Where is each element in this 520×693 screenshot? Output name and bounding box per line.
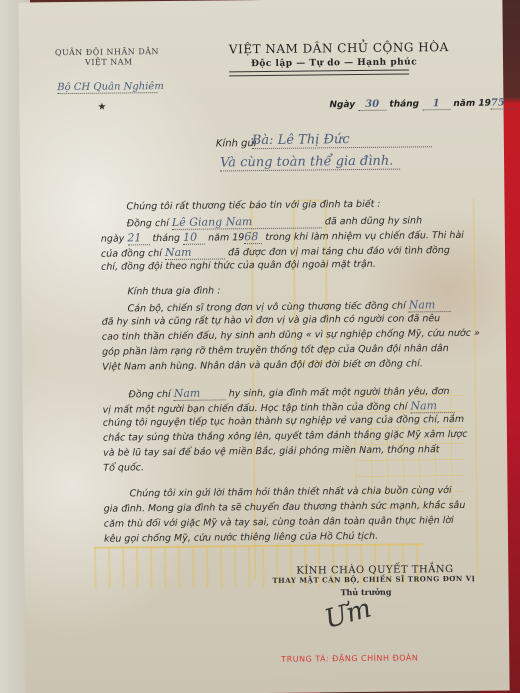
year-label: năm bbox=[453, 99, 475, 109]
year-suffix: 75 bbox=[491, 97, 517, 109]
year-prefix: 19 bbox=[478, 99, 491, 109]
soldier-short-name: Nam bbox=[410, 399, 454, 413]
month-label: tháng bbox=[389, 99, 419, 109]
org-unit-handwritten: Bộ CH Quân Nghiêm bbox=[57, 81, 157, 94]
letter-paper: QUÂN ĐỘI NHÂN DÂN VIỆT NAM Bộ CH Quân Ng… bbox=[18, 0, 509, 693]
org-name: QUÂN ĐỘI NHÂN DÂN bbox=[55, 47, 159, 57]
month-value: 1 bbox=[422, 98, 450, 110]
recipient-label: Kính gửi bbox=[216, 138, 257, 149]
soldier-short-name: Nam bbox=[165, 245, 225, 260]
death-year: 68 bbox=[244, 230, 262, 244]
on-behalf-line: THAY MẶT CÁN BỘ, CHIẾN SĨ TRONG ĐƠN VỊ bbox=[272, 574, 475, 585]
letter-date: Ngày 30 tháng 1 năm 1975 bbox=[329, 97, 516, 111]
org-country: VIỆT NAM bbox=[85, 57, 133, 66]
day-label: Ngày bbox=[329, 100, 355, 110]
republic-title: VIỆT NAM DÂN CHỦ CỘNG HÒA bbox=[229, 40, 449, 56]
body-line: Tổ quốc. bbox=[103, 462, 144, 473]
divider bbox=[229, 69, 409, 76]
soldier-short-name: Nam bbox=[174, 386, 226, 401]
signature: Ưm bbox=[322, 593, 375, 634]
motto: Độc lập — Tự do — Hạnh phúc bbox=[251, 57, 417, 69]
signer-stamp: TRUNG TÁ: ĐẶNG CHÍNH ĐOÀN bbox=[281, 653, 418, 663]
death-month: 10 bbox=[183, 231, 205, 245]
salutation: Kính thưa gia đình : bbox=[127, 285, 220, 297]
star-icon: ★ bbox=[97, 102, 106, 113]
recipient-family: Và cùng toàn thể gia đình. bbox=[220, 154, 400, 172]
death-day: 21 bbox=[127, 231, 149, 245]
recipient-name: Bà: Lê Thị Đức bbox=[252, 131, 432, 149]
day-value: 30 bbox=[358, 99, 386, 111]
soldier-name: Lê Giang Nam bbox=[172, 214, 322, 230]
soldier-short-name: Nam bbox=[409, 298, 451, 312]
